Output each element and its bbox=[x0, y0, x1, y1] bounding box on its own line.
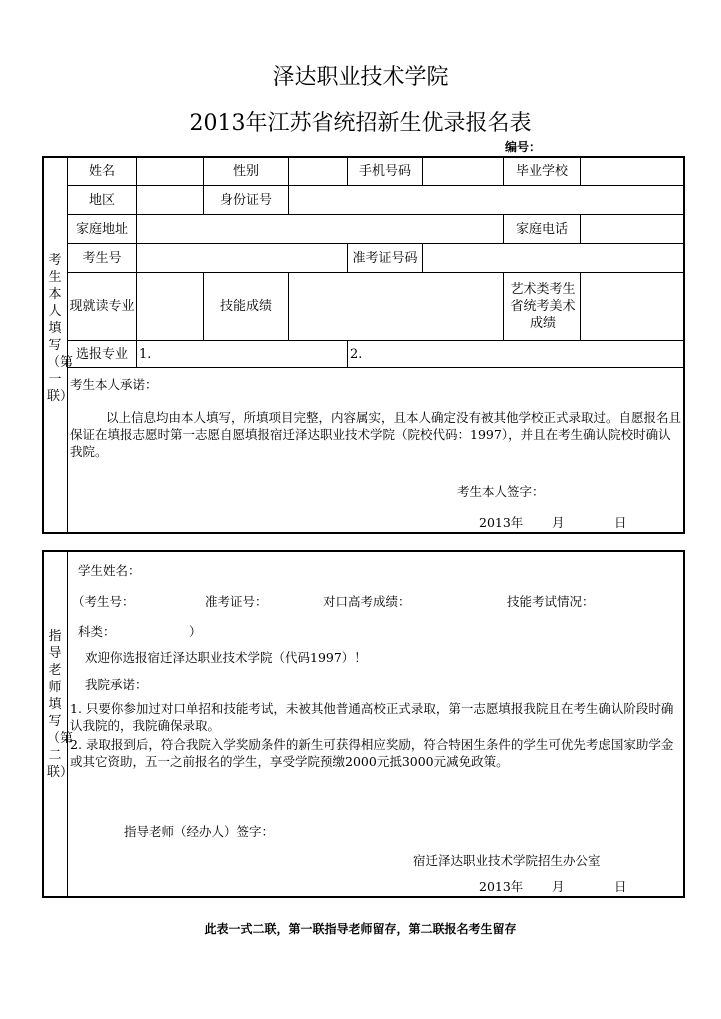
welcome-text: 欢迎你选报宿迁泽达职业技术学院（代码1997）！ bbox=[85, 648, 367, 666]
date-month: 月 bbox=[552, 513, 565, 531]
institution-title: 泽达职业技术学院 bbox=[0, 60, 721, 91]
exam-number-input[interactable] bbox=[137, 244, 347, 272]
divider bbox=[42, 550, 685, 552]
current-major-label: 现就读专业 bbox=[68, 273, 136, 340]
region-label: 地区 bbox=[68, 186, 136, 214]
student-name-label: 学生姓名： bbox=[78, 561, 141, 579]
school-label: 毕业学校 bbox=[504, 157, 580, 185]
pledge-heading: 考生本人承诺： bbox=[70, 375, 158, 393]
name-input[interactable] bbox=[137, 157, 203, 185]
exam-number-label: 考生号 bbox=[68, 244, 136, 272]
divider bbox=[683, 156, 685, 534]
divider bbox=[42, 896, 685, 898]
art-score-input[interactable] bbox=[581, 273, 683, 340]
id-number-label: 身份证号 bbox=[204, 186, 288, 214]
divider bbox=[42, 156, 44, 534]
major-choice-2[interactable]: 2. bbox=[348, 341, 683, 367]
teacher-signature-label: 指导老师（经办人）签字： bbox=[124, 822, 274, 840]
date-year: 2013年 bbox=[479, 877, 523, 895]
home-phone-label: 家庭电话 bbox=[504, 215, 580, 243]
divider bbox=[42, 550, 44, 898]
promise-1: 1. 只要你参加过对口单招和技能考试，未被其他普通高校正式录取，第一志愿填报我院… bbox=[70, 700, 682, 734]
category-close: ） bbox=[189, 622, 202, 640]
date-day: 日 bbox=[614, 877, 627, 895]
skill-test-label: 技能考试情况： bbox=[507, 592, 595, 610]
school-input[interactable] bbox=[581, 157, 683, 185]
student-signature-label: 考生本人签字： bbox=[457, 482, 545, 500]
phone-label: 手机号码 bbox=[348, 157, 422, 185]
date-day: 日 bbox=[614, 513, 627, 531]
form-title: 2013年江苏省统招新生优录报名表 bbox=[0, 106, 721, 137]
home-address-label: 家庭地址 bbox=[68, 215, 136, 243]
admission-ticket-label: 准考证号码 bbox=[348, 244, 422, 272]
divider bbox=[42, 532, 685, 534]
section1-side-label: 考生本人填写（第一联） bbox=[47, 252, 63, 405]
skill-score-label: 技能成绩 bbox=[204, 273, 288, 340]
current-major-input[interactable] bbox=[137, 273, 203, 340]
section2-side-label: 指导老师填写（第二联） bbox=[47, 628, 63, 781]
home-address-input[interactable] bbox=[137, 215, 503, 243]
promise-heading: 我院承诺： bbox=[85, 675, 148, 693]
skill-score-input[interactable] bbox=[289, 273, 503, 340]
home-phone-input[interactable] bbox=[581, 215, 683, 243]
id-number-input[interactable] bbox=[289, 186, 683, 214]
region-input[interactable] bbox=[137, 186, 203, 214]
date-month: 月 bbox=[552, 877, 565, 895]
pledge-body: 以上信息均由本人填写，所填项目完整，内容属实，且本人确定没有被其他学校正式录取过… bbox=[70, 409, 682, 460]
phone-input[interactable] bbox=[423, 157, 503, 185]
major-choice-label: 选报专业 bbox=[68, 341, 136, 367]
divider bbox=[683, 550, 685, 898]
footer-note: 此表一式二联，第一联指导老师留存，第二联报名考生留存 bbox=[0, 920, 721, 937]
divider bbox=[67, 367, 684, 368]
name-label: 姓名 bbox=[68, 157, 136, 185]
admission-ticket-input[interactable] bbox=[423, 244, 683, 272]
gender-label: 性别 bbox=[204, 157, 288, 185]
major-choice-1[interactable]: 1. bbox=[137, 341, 347, 367]
office-name: 宿迁泽达职业技术学院招生办公室 bbox=[413, 851, 601, 869]
art-score-label: 艺术类考生省统考美术成绩 bbox=[506, 273, 580, 340]
divider bbox=[503, 272, 504, 340]
promise-2: 2. 录取报到后，符合我院入学奖励条件的新生可获得相应奖励，符合特困生条件的学生… bbox=[70, 736, 682, 770]
divider bbox=[67, 550, 68, 898]
date-year: 2013年 bbox=[479, 513, 523, 531]
vocational-score-label: 对口高考成绩： bbox=[323, 592, 411, 610]
category-label: 科类： bbox=[78, 622, 116, 640]
gender-input[interactable] bbox=[289, 157, 347, 185]
serial-number-label: 编号： bbox=[505, 138, 541, 155]
admission-ticket-label: 准考证号： bbox=[205, 592, 268, 610]
exam-number-label: （考生号： bbox=[72, 592, 135, 610]
